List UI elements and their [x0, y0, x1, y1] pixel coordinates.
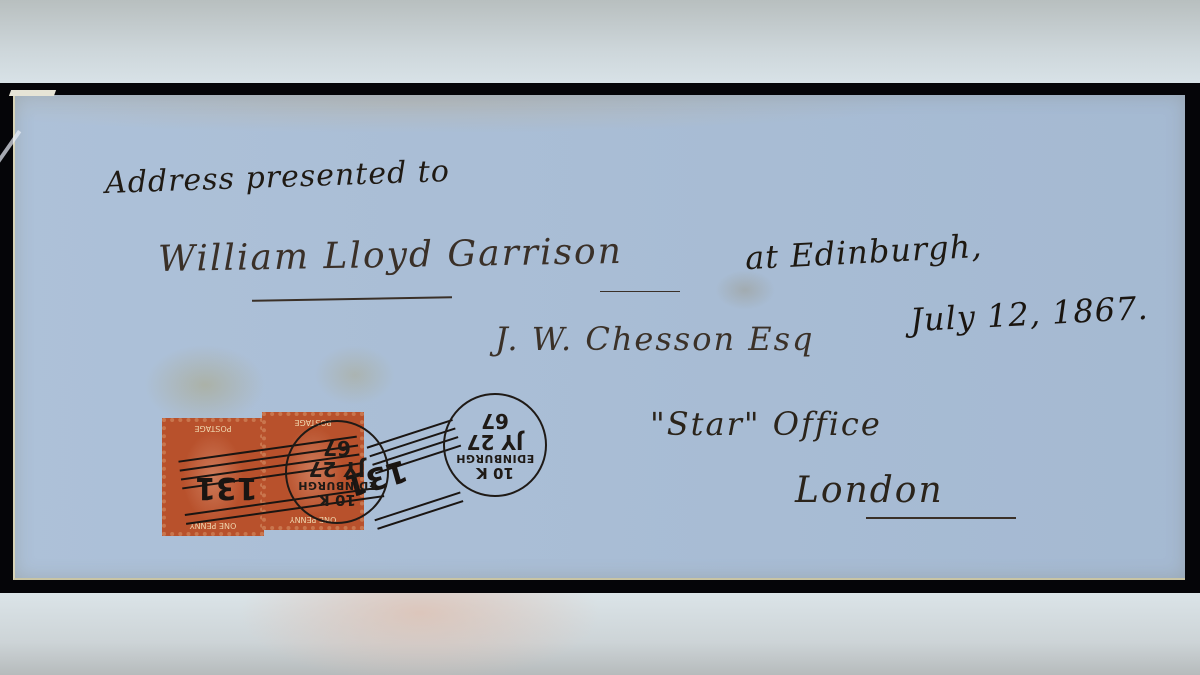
envelope-corner-flap: [9, 90, 56, 96]
handwriting-recipient: J. W. Chesson Esq: [495, 320, 815, 358]
handwriting-city: London: [795, 470, 944, 511]
postmark-year: 67: [323, 437, 351, 458]
postmark-date: JY 27: [467, 431, 524, 452]
postmark-time: 10 K: [476, 464, 514, 480]
blurred-background-bottom: [0, 593, 1200, 675]
blurred-background-top: [0, 0, 1200, 83]
cancel-number-left: 131: [195, 470, 258, 505]
handwriting-name: William Lloyd Garrison: [158, 231, 624, 280]
city-underline: [866, 517, 1016, 519]
postmark-on-stamp: 10 K EDINBURGH JY 27 67: [285, 420, 389, 524]
handwriting-office: "Star" Office: [650, 405, 882, 443]
postmark-date: JY 27: [309, 458, 366, 479]
postmark-edinburgh: 10 K EDINBURGH JY 27 67: [443, 393, 547, 497]
name-underline-2: [600, 291, 680, 292]
postmark-year: 67: [481, 410, 509, 431]
postmark-time: 10 K: [318, 491, 356, 507]
postmark-town: EDINBURGH: [456, 452, 534, 464]
postmark-town: EDINBURGH: [298, 479, 376, 491]
stamp-bottom-text: POSTAGE: [170, 424, 256, 433]
